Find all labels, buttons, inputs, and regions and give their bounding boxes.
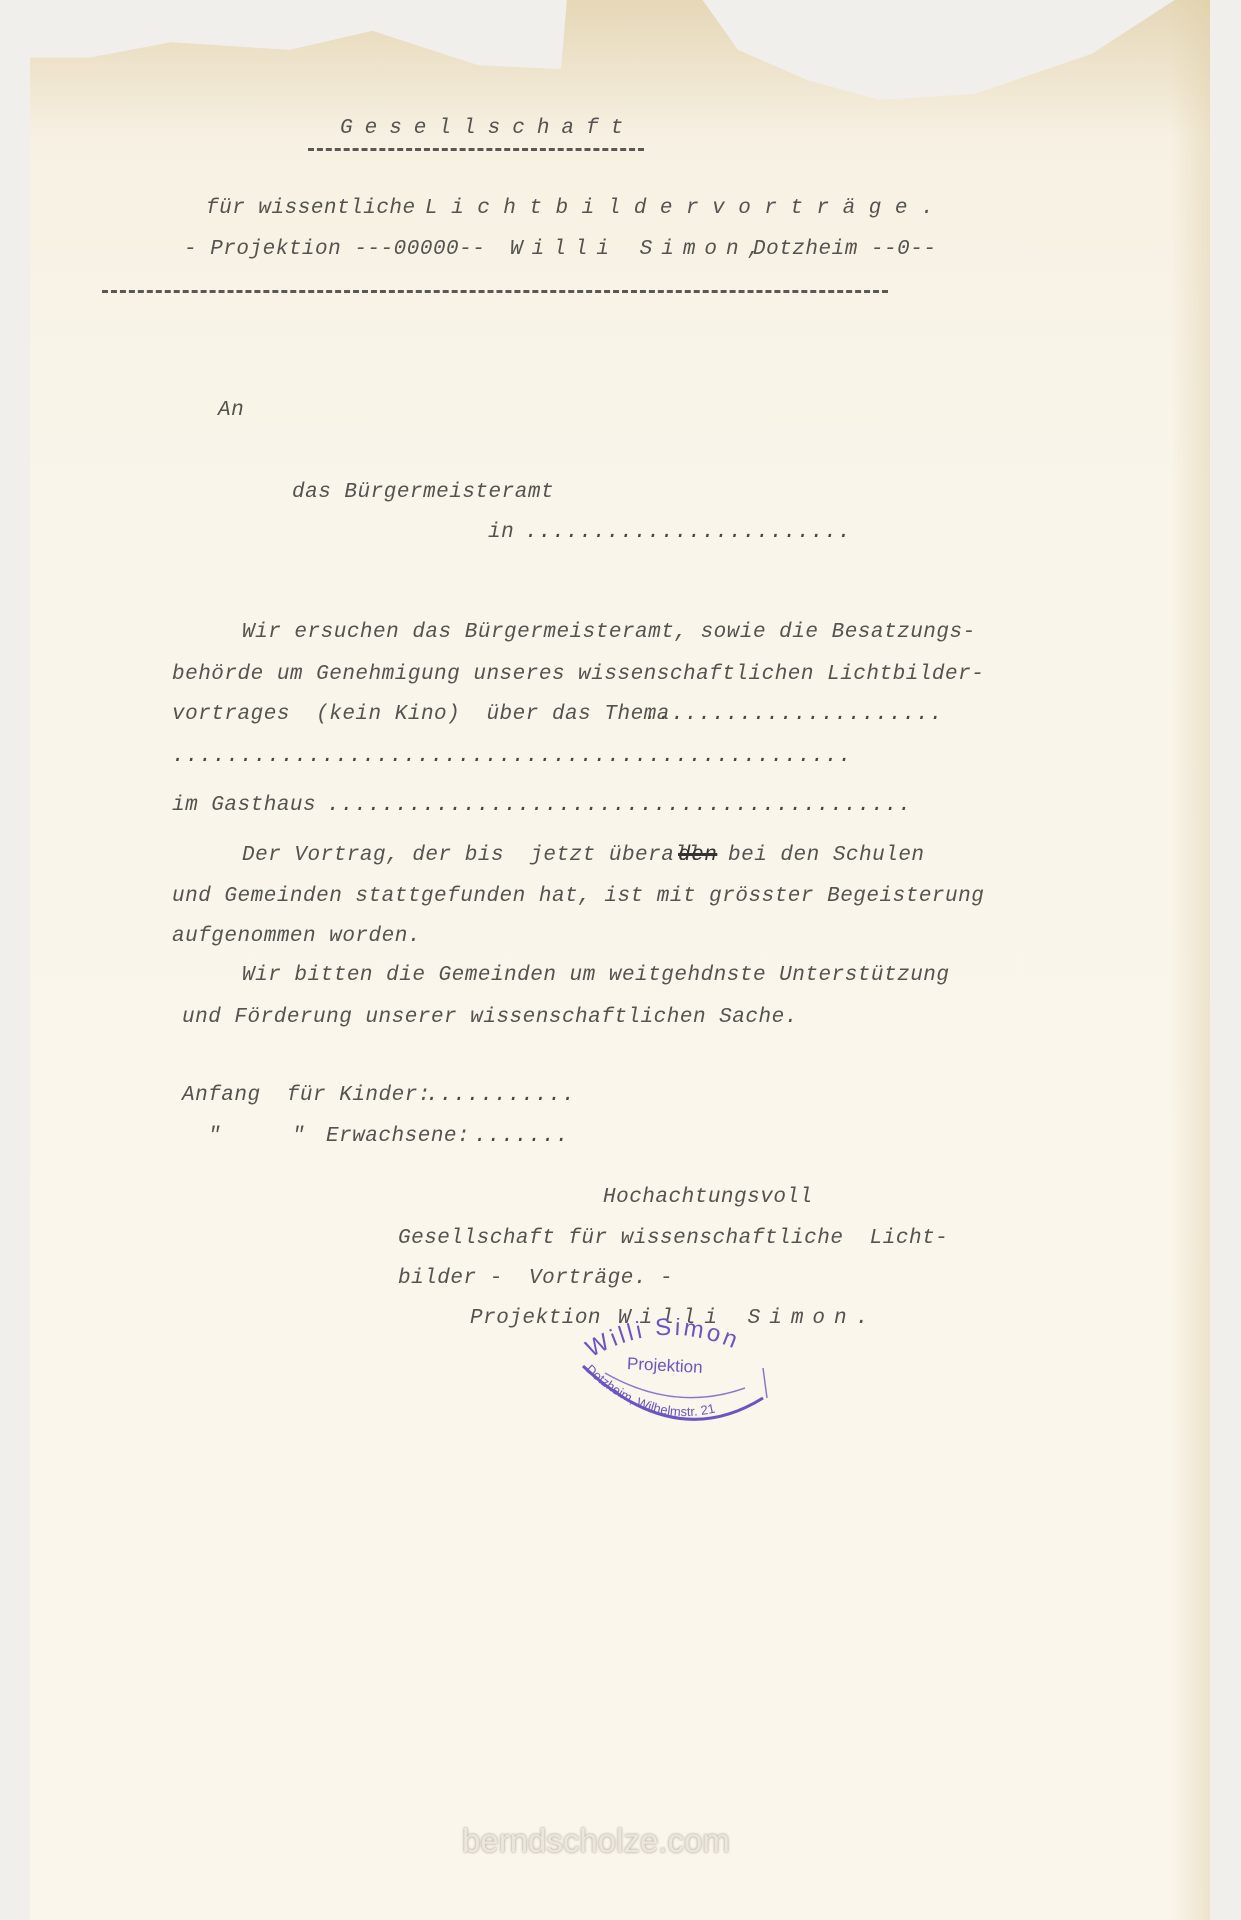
- letter-paper: [30, 0, 1210, 1920]
- rubber-stamp: Willi Simon Dotzheim, Wilhelmstr. 21 Pro…: [575, 1318, 825, 1448]
- children-start-blank: ...........: [426, 1085, 576, 1106]
- place-blank: ........................: [525, 522, 851, 543]
- letterhead-subtitle-prefix: für wissentliche: [206, 198, 416, 219]
- place-label: in: [488, 522, 514, 543]
- closing-greeting: Hochachtungsvoll: [603, 1187, 813, 1208]
- children-start-label: Anfang für Kinder:: [182, 1085, 431, 1106]
- letterhead-projektion: - Projektion ---00000--: [184, 239, 485, 260]
- watermark: berndscholze.com: [462, 1822, 730, 1860]
- letterhead-title: Gesellschaft: [340, 118, 635, 139]
- topic-blank: ......................: [644, 704, 943, 725]
- letterhead-subtitle-spaced: Lichtbildervorträge.: [425, 198, 947, 219]
- adults-start-blank: .......: [474, 1126, 569, 1147]
- struck-word: den: [678, 845, 717, 866]
- letterhead-city: Dotzheim --0--: [753, 239, 936, 260]
- closing-org-line1: Gesellschaft für wissenschaftliche Licht…: [398, 1228, 948, 1249]
- body-para1-line1: Wir ersuchen das Bürgermeisteramt, sowie…: [242, 622, 976, 643]
- venue-label: im Gasthaus: [172, 795, 316, 816]
- body-para2-line2: und Gemeinden stattgefunden hat, ist mit…: [172, 886, 984, 907]
- venue-blank: ........................................…: [327, 795, 912, 816]
- recipient: das Bürgermeisteramt: [292, 482, 554, 503]
- ditto-mark-1: ": [208, 1126, 221, 1147]
- body-para1-line2: behörde um Genehmigung unseres wissensch…: [172, 664, 984, 685]
- closing-org-line2: bilder - Vorträge. -: [398, 1268, 673, 1289]
- body-para3-line1: Wir bitten die Gemeinden um weitgehdnste…: [242, 965, 950, 986]
- body-para3-line2: und Förderung unserer wissenschaftlichen…: [182, 1007, 798, 1028]
- body-para2-line1-b: bei den Schulen: [728, 845, 925, 866]
- body-para2-line1-a: Der Vortrag, der bis jetzt überall: [242, 845, 701, 866]
- body-para1-line3: vortrages (kein Kino) über das Thema: [172, 704, 670, 725]
- salutation: An: [218, 400, 244, 421]
- ditto-mark-2: ": [292, 1126, 305, 1147]
- header-divider: [102, 290, 888, 293]
- topic-blank-2: ........................................…: [172, 746, 852, 767]
- stamp-role: Projektion: [627, 1354, 704, 1378]
- letterhead-name: Willi Simon,: [510, 239, 769, 260]
- adults-start-label: Erwachsene:: [326, 1126, 470, 1147]
- body-para2-line3: aufgenommen worden.: [172, 926, 421, 947]
- title-underline: [308, 148, 644, 151]
